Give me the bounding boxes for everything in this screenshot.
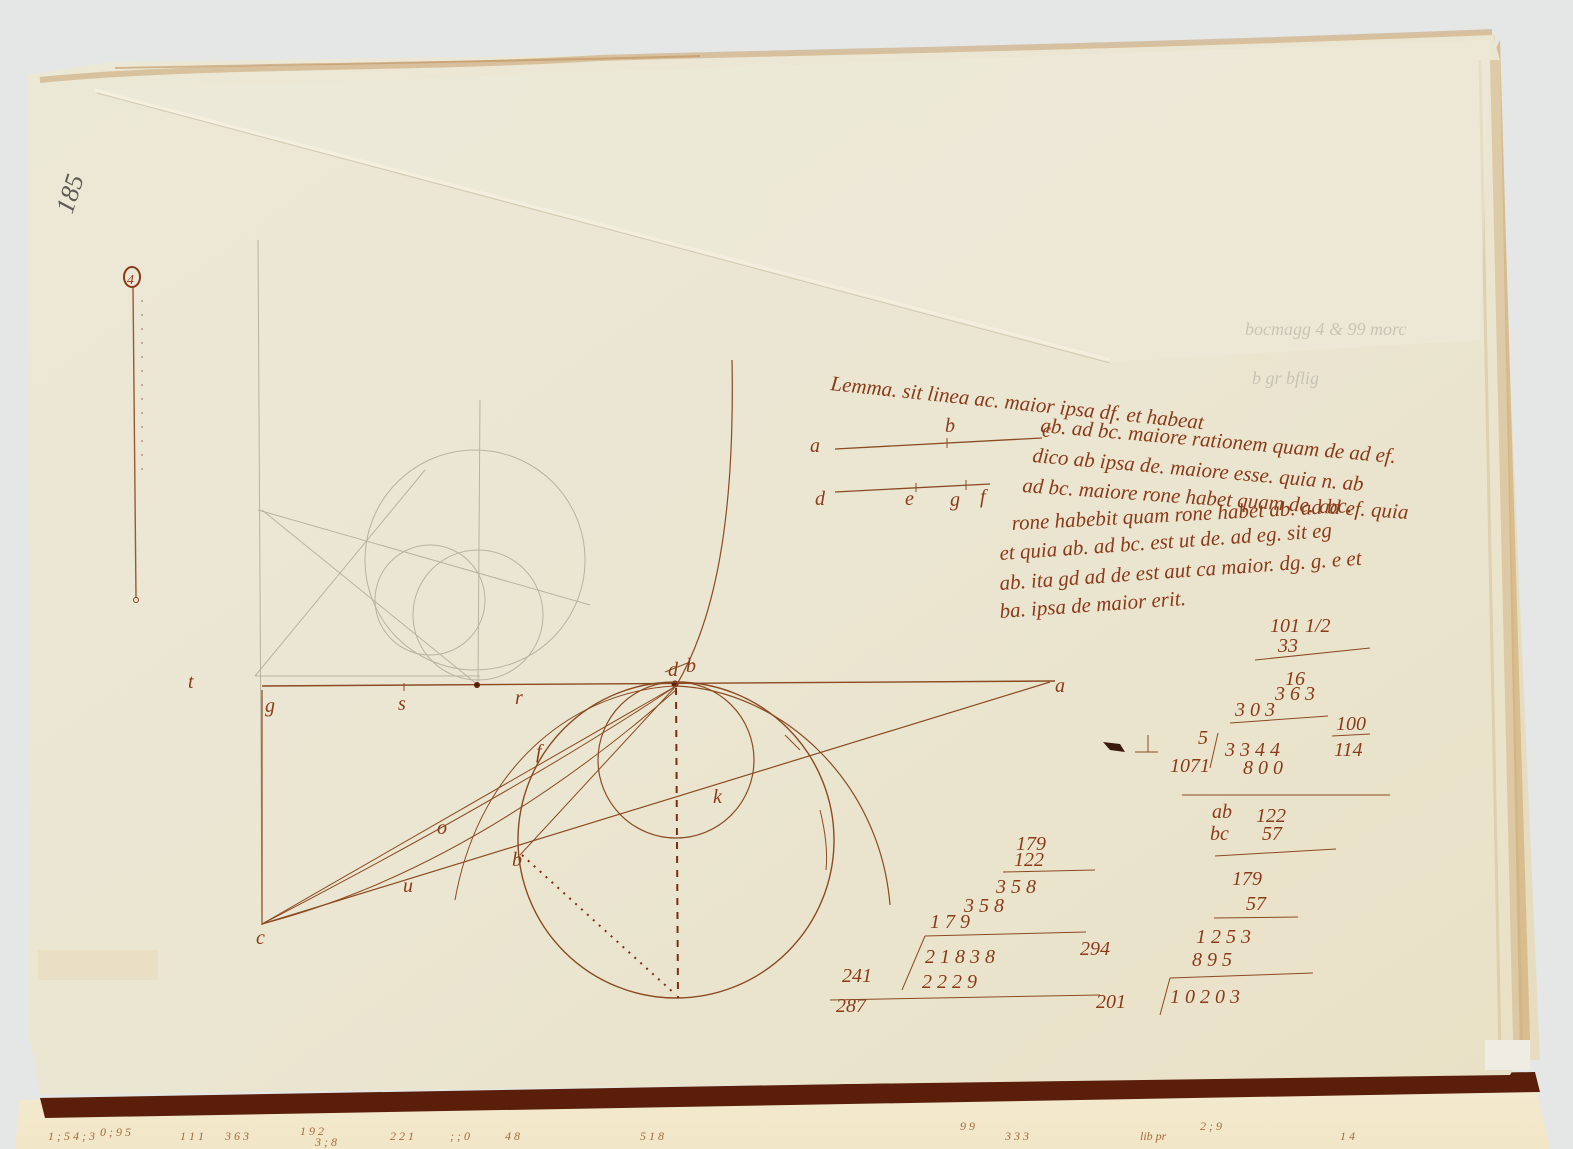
svg-text:; ; 0: ; ; 0 — [450, 1129, 470, 1143]
calc2-divisor: 201 — [1096, 991, 1126, 1013]
svg-text:lib pr: lib pr — [1140, 1129, 1167, 1143]
svg-text:3 3 3: 3 3 3 — [1004, 1129, 1029, 1143]
calc1-quotient: 5 — [1198, 727, 1208, 749]
label-r: r — [515, 687, 523, 709]
label-b-top: b — [686, 655, 696, 677]
calc3-remainder: 2 2 2 9 — [922, 971, 977, 993]
svg-text:3 ; 8: 3 ; 8 — [314, 1135, 337, 1149]
label-o: o — [437, 817, 447, 839]
calc1-side-den: 114 — [1334, 739, 1363, 761]
svg-text:2 ; 9: 2 ; 9 — [1200, 1119, 1222, 1133]
calc2-bc-value: 57 — [1262, 823, 1283, 845]
seg-label-b: b — [945, 415, 955, 437]
calc1-row-a: 3 6 3 — [1274, 683, 1315, 705]
calc1-top: 101 1/2 — [1270, 615, 1331, 637]
label-b-low: b — [512, 849, 522, 871]
calc2-bc-label: bc — [1210, 823, 1229, 845]
calc3-mult-bottom: 122 — [1014, 849, 1044, 871]
label-g: g — [265, 695, 275, 717]
calc2-partial-2: 8 9 5 — [1192, 949, 1232, 971]
calc2-mult-top: 179 — [1232, 868, 1262, 890]
calc1-divisor: 1071 — [1170, 755, 1210, 777]
label-t: t — [188, 671, 194, 693]
calc3-bottom: 287 — [836, 995, 867, 1017]
manuscript-photo: 1 ; 5 4 ; 3 0 ; 9 5 1 1 1 3 6 3 1 9 2 3 … — [0, 0, 1573, 1149]
bleed-through-line-2: b gr bflig — [1252, 368, 1319, 388]
label-c: c — [256, 927, 265, 949]
svg-text:9 9: 9 9 — [960, 1119, 975, 1133]
calc3-sum: 2 1 8 3 8 — [925, 946, 995, 968]
calc2-mult-bottom: 57 — [1246, 893, 1267, 915]
calc3-partial-3: 1 7 9 — [930, 911, 970, 933]
calc2-result: 1 0 2 0 3 — [1170, 986, 1240, 1008]
label-k: k — [713, 786, 723, 808]
label-u: u — [403, 875, 413, 897]
svg-text:1 4: 1 4 — [1340, 1129, 1355, 1143]
calc1-side-num: 100 — [1336, 713, 1366, 735]
svg-text:3 6 3: 3 6 3 — [224, 1129, 249, 1143]
label-d: d — [668, 659, 679, 681]
svg-text:2 2 1: 2 2 1 — [390, 1129, 414, 1143]
seg-label-e: e — [905, 488, 914, 510]
calc2-partial-1: 1 2 5 3 — [1196, 926, 1251, 948]
calc1-second: 33 — [1277, 635, 1298, 657]
svg-text:0 ; 9 5: 0 ; 9 5 — [100, 1125, 131, 1139]
calc3-divisor: 241 — [842, 965, 872, 987]
svg-text:4 8: 4 8 — [505, 1129, 520, 1143]
seg-label-d: d — [815, 488, 826, 510]
bleed-through-line-1: bocmagg 4 & 99 morc — [1245, 319, 1406, 339]
calc2-ab-label: ab — [1212, 801, 1232, 823]
label-s: s — [398, 693, 406, 715]
seg-label-g: g — [950, 489, 960, 511]
seg-label-a: a — [810, 435, 820, 457]
calc1-row-b: 3 0 3 — [1234, 699, 1275, 721]
svg-text:1 ; 5 4 ; 3: 1 ; 5 4 ; 3 — [48, 1129, 95, 1143]
plumb-mark: 4 — [127, 273, 134, 288]
calc1-remainder: 8 0 0 — [1243, 757, 1283, 779]
calc3-side: 294 — [1080, 938, 1110, 960]
label-a: a — [1055, 675, 1065, 697]
svg-text:5 1 8: 5 1 8 — [640, 1129, 664, 1143]
svg-text:1 1 1: 1 1 1 — [180, 1129, 204, 1143]
